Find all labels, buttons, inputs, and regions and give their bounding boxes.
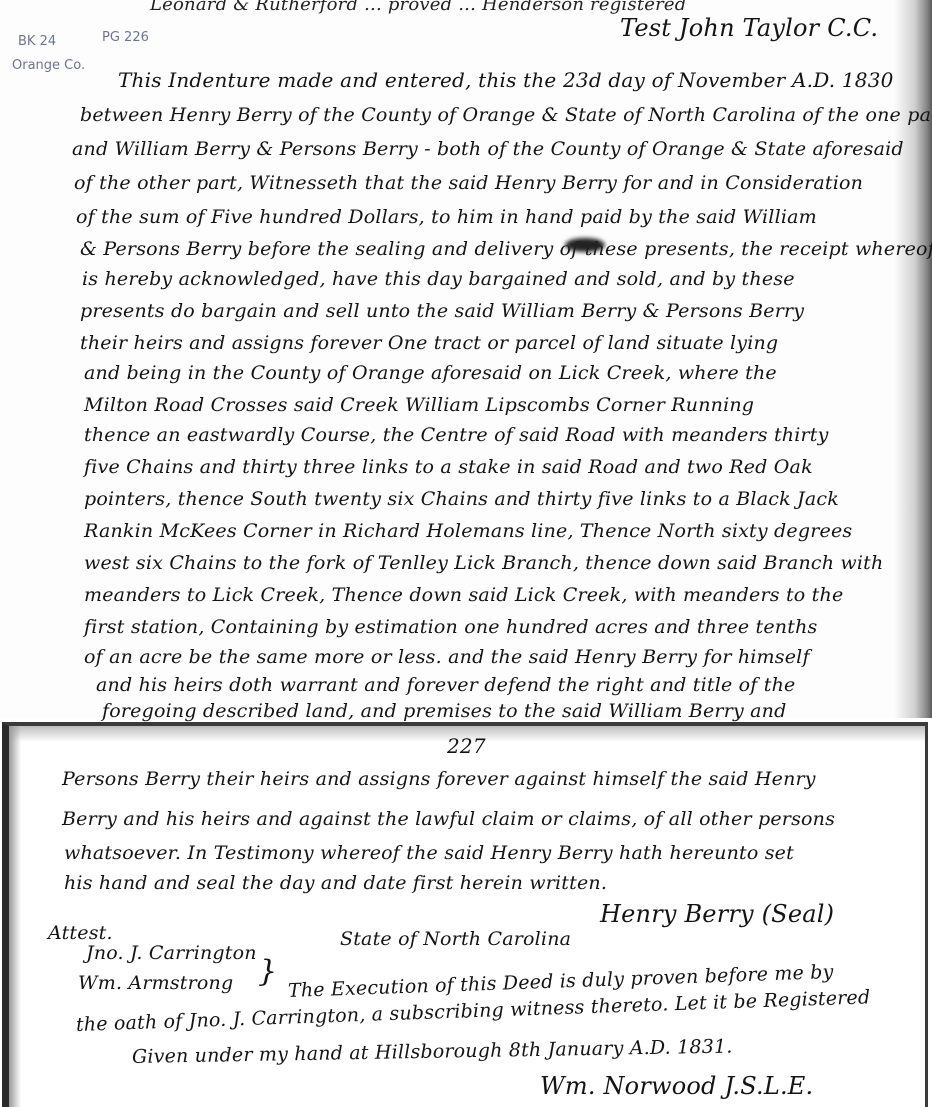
deed-page-226: Leonard & Rutherford ... proved ... Hend… — [0, 0, 932, 718]
test-signature: Test John Taylor C.C. — [620, 14, 878, 42]
annotation-book: BK 24 — [18, 34, 56, 49]
deed-line: Berry and his heirs and against the lawf… — [62, 808, 835, 830]
deed-line: whatsoever. In Testimony whereof the sai… — [64, 842, 794, 864]
deed-line: foregoing described land, and premises t… — [102, 700, 786, 722]
deed-page-227: 227 Persons Berry their heirs and assign… — [0, 722, 932, 1107]
deed-line: Milton Road Crosses said Creek William L… — [84, 394, 754, 416]
deed-line: five Chains and thirty three links to a … — [84, 456, 813, 478]
deed-line: his hand and seal the day and date first… — [64, 872, 607, 894]
deed-line: Rankin McKees Corner in Richard Holemans… — [84, 520, 852, 542]
clerk-signature: Wm. Norwood J.S.L.E. — [540, 1072, 813, 1100]
attest-label: Attest. — [48, 922, 113, 944]
deed-line: pointers, thence South twenty six Chains… — [84, 488, 839, 510]
grantor-signature: Henry Berry (Seal) — [600, 900, 834, 928]
deed-line: and his heirs doth warrant and forever d… — [96, 674, 796, 696]
header-fragment: Leonard & Rutherford ... proved ... Hend… — [150, 0, 687, 15]
deed-line: Persons Berry their heirs and assigns fo… — [62, 768, 816, 790]
deed-line: and William Berry & Persons Berry - both… — [72, 138, 904, 160]
witness-name: Jno. J. Carrington — [86, 942, 257, 964]
deed-line: and being in the County of Orange afores… — [84, 362, 777, 384]
deed-line: between Henry Berry of the County of Ora… — [80, 104, 932, 126]
deed-line: of the other part, Witnesseth that the s… — [74, 172, 863, 194]
deed-line: & Persons Berry before the sealing and d… — [80, 238, 932, 260]
page-number: 227 — [447, 734, 486, 758]
deed-line: thence an eastwardly Course, the Centre … — [84, 424, 829, 446]
ink-smudge — [565, 238, 605, 252]
deed-line: first station, Containing by estimation … — [84, 616, 817, 638]
deed-line: west six Chains to the fork of Tenlley L… — [84, 552, 883, 574]
annotation-page: PG 226 — [102, 30, 149, 45]
deed-line: their heirs and assigns forever One trac… — [80, 332, 778, 354]
witness-name: Wm. Armstrong — [78, 972, 233, 994]
deed-line: is hereby acknowledged, have this day ba… — [82, 268, 795, 290]
annotation-county: Orange Co. — [12, 58, 85, 73]
deed-line: of the sum of Five hundred Dollars, to h… — [76, 206, 817, 228]
certificate-state: State of North Carolina — [340, 928, 571, 950]
deed-line: of an acre be the same more or less. and… — [84, 646, 810, 668]
deed-line: presents do bargain and sell unto the sa… — [80, 300, 804, 322]
deed-line: meanders to Lick Creek, Thence down said… — [84, 584, 843, 606]
witness-bracket: } — [258, 954, 277, 989]
frame-left-shade — [9, 726, 21, 1107]
deed-line: This Indenture made and entered, this th… — [118, 68, 894, 92]
